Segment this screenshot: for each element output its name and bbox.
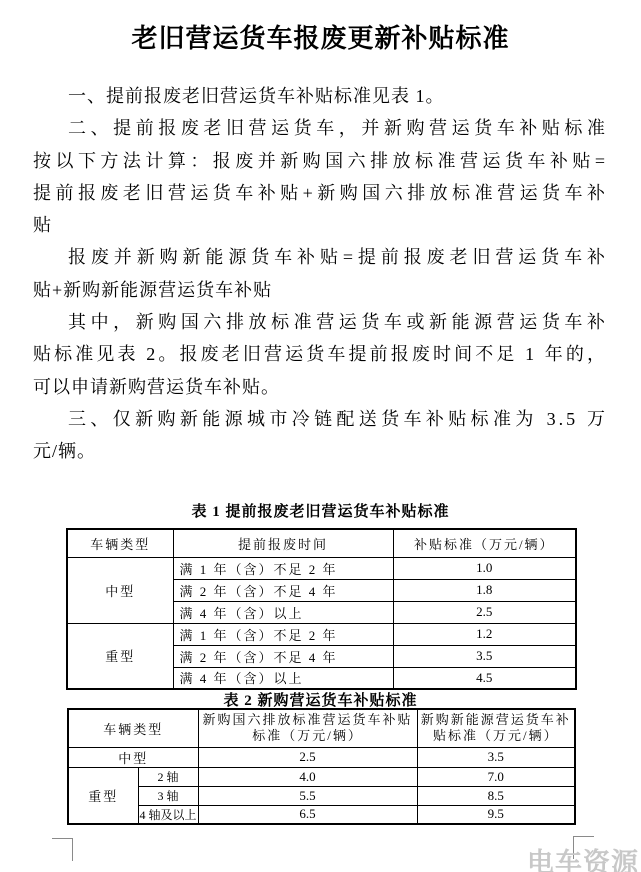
table2-type-heavy: 重型: [68, 767, 138, 824]
body-line: 贴标准见表 2。报废老旧营运货车提前报废时间不足 1 年的，: [33, 338, 608, 370]
table2-type-medium: 中型: [68, 747, 198, 767]
table2-nev-cell: 8.5: [417, 786, 575, 805]
table1-header-subsidy: 补贴标准（万元/辆）: [393, 529, 576, 557]
body-line: 一、提前报废老旧营运货车补贴标准见表 1。: [33, 80, 608, 112]
body-line: 二、提前报废老旧营运货车，并新购营运货车补贴标准: [33, 112, 608, 144]
table1-amount-cell: 1.0: [393, 557, 576, 579]
document-body: 一、提前报废老旧营运货车补贴标准见表 1。 二、提前报废老旧营运货车，并新购营运…: [33, 80, 608, 468]
table1-period-cell: 满 4 年（含）以上: [173, 601, 393, 623]
table1-amount-cell: 1.2: [393, 623, 576, 645]
body-line: 可以申请新购营运货车补贴。: [33, 371, 608, 403]
table2-header-nev-line1: 新购新能源营运货车补: [418, 712, 575, 728]
table2-header-nev-line2: 贴标准（万元/辆）: [418, 728, 575, 744]
table1-period-cell: 满 1 年（含）不足 2 年: [173, 557, 393, 579]
document-page: 老旧营运货车报废更新补贴标准 一、提前报废老旧营运货车补贴标准见表 1。 二、提…: [0, 0, 641, 872]
body-line: 贴: [33, 209, 608, 241]
body-line: 报废并新购新能源货车补贴=提前报废老旧营运货车补: [33, 241, 608, 273]
table1-type-heavy: 重型: [67, 623, 173, 689]
body-line: 贴+新购新能源营运货车补贴: [33, 274, 608, 306]
table1-period-cell: 满 2 年（含）不足 4 年: [173, 579, 393, 601]
table1-period-cell: 满 1 年（含）不足 2 年: [173, 623, 393, 645]
table2-nev-cell: 3.5: [417, 747, 575, 767]
table1-early-scrap-subsidy: 车辆类型 提前报废时间 补贴标准（万元/辆） 中型 满 1 年（含）不足 2 年…: [66, 528, 577, 690]
table1-caption: 表 1 提前报废老旧营运货车补贴标准: [0, 500, 641, 521]
table2-header-nev: 新购新能源营运货车补 贴标准（万元/辆）: [417, 709, 575, 747]
body-line: 按以下方法计算：报废并新购国六排放标准营运货车补贴=: [33, 145, 608, 177]
table1-type-medium: 中型: [67, 557, 173, 623]
body-line: 提前报废老旧营运货车补贴+新购国六排放标准营运货车补: [33, 177, 608, 209]
table2-caption: 表 2 新购营运货车补贴标准: [0, 689, 641, 710]
table2-header-guosix-line1: 新购国六排放标准营运货车补贴: [199, 712, 417, 728]
table2-header-vehicle-type: 车辆类型: [68, 709, 198, 747]
table1-amount-cell: 1.8: [393, 579, 576, 601]
table1-amount-cell: 3.5: [393, 645, 576, 667]
table2-guosix-cell: 5.5: [198, 786, 417, 805]
table2-axle-cell: 2 轴: [138, 767, 198, 786]
table1-header-scrap-time: 提前报废时间: [173, 529, 393, 557]
table2-guosix-cell: 6.5: [198, 805, 417, 824]
table2-new-purchase-subsidy: 车辆类型 新购国六排放标准营运货车补贴 标准（万元/辆） 新购新能源营运货车补 …: [67, 708, 576, 825]
table2-header-guosix: 新购国六排放标准营运货车补贴 标准（万元/辆）: [198, 709, 417, 747]
table2-axle-cell: 3 轴: [138, 786, 198, 805]
table2-axle-cell: 4 轴及以上: [138, 805, 198, 824]
table1-period-cell: 满 2 年（含）不足 4 年: [173, 645, 393, 667]
table2-nev-cell: 7.0: [417, 767, 575, 786]
table2-guosix-cell: 4.0: [198, 767, 417, 786]
table2-nev-cell: 9.5: [417, 805, 575, 824]
watermark-logo: 电车资源: [527, 841, 639, 872]
table1-amount-cell: 2.5: [393, 601, 576, 623]
body-line: 元/辆。: [33, 435, 608, 467]
table2-guosix-cell: 2.5: [198, 747, 417, 767]
page-margin-mark-bottom-left: [52, 838, 73, 861]
table2-header-guosix-line2: 标准（万元/辆）: [199, 728, 417, 744]
table1-period-cell: 满 4 年（含）以上: [173, 667, 393, 689]
table1-header-vehicle-type: 车辆类型: [67, 529, 173, 557]
body-line: 三、仅新购新能源城市冷链配送货车补贴标准为 3.5 万: [33, 403, 608, 435]
document-title: 老旧营运货车报废更新补贴标准: [0, 18, 641, 55]
body-line: 其中，新购国六排放标准营运货车或新能源营运货车补: [33, 306, 608, 338]
table1-amount-cell: 4.5: [393, 667, 576, 689]
